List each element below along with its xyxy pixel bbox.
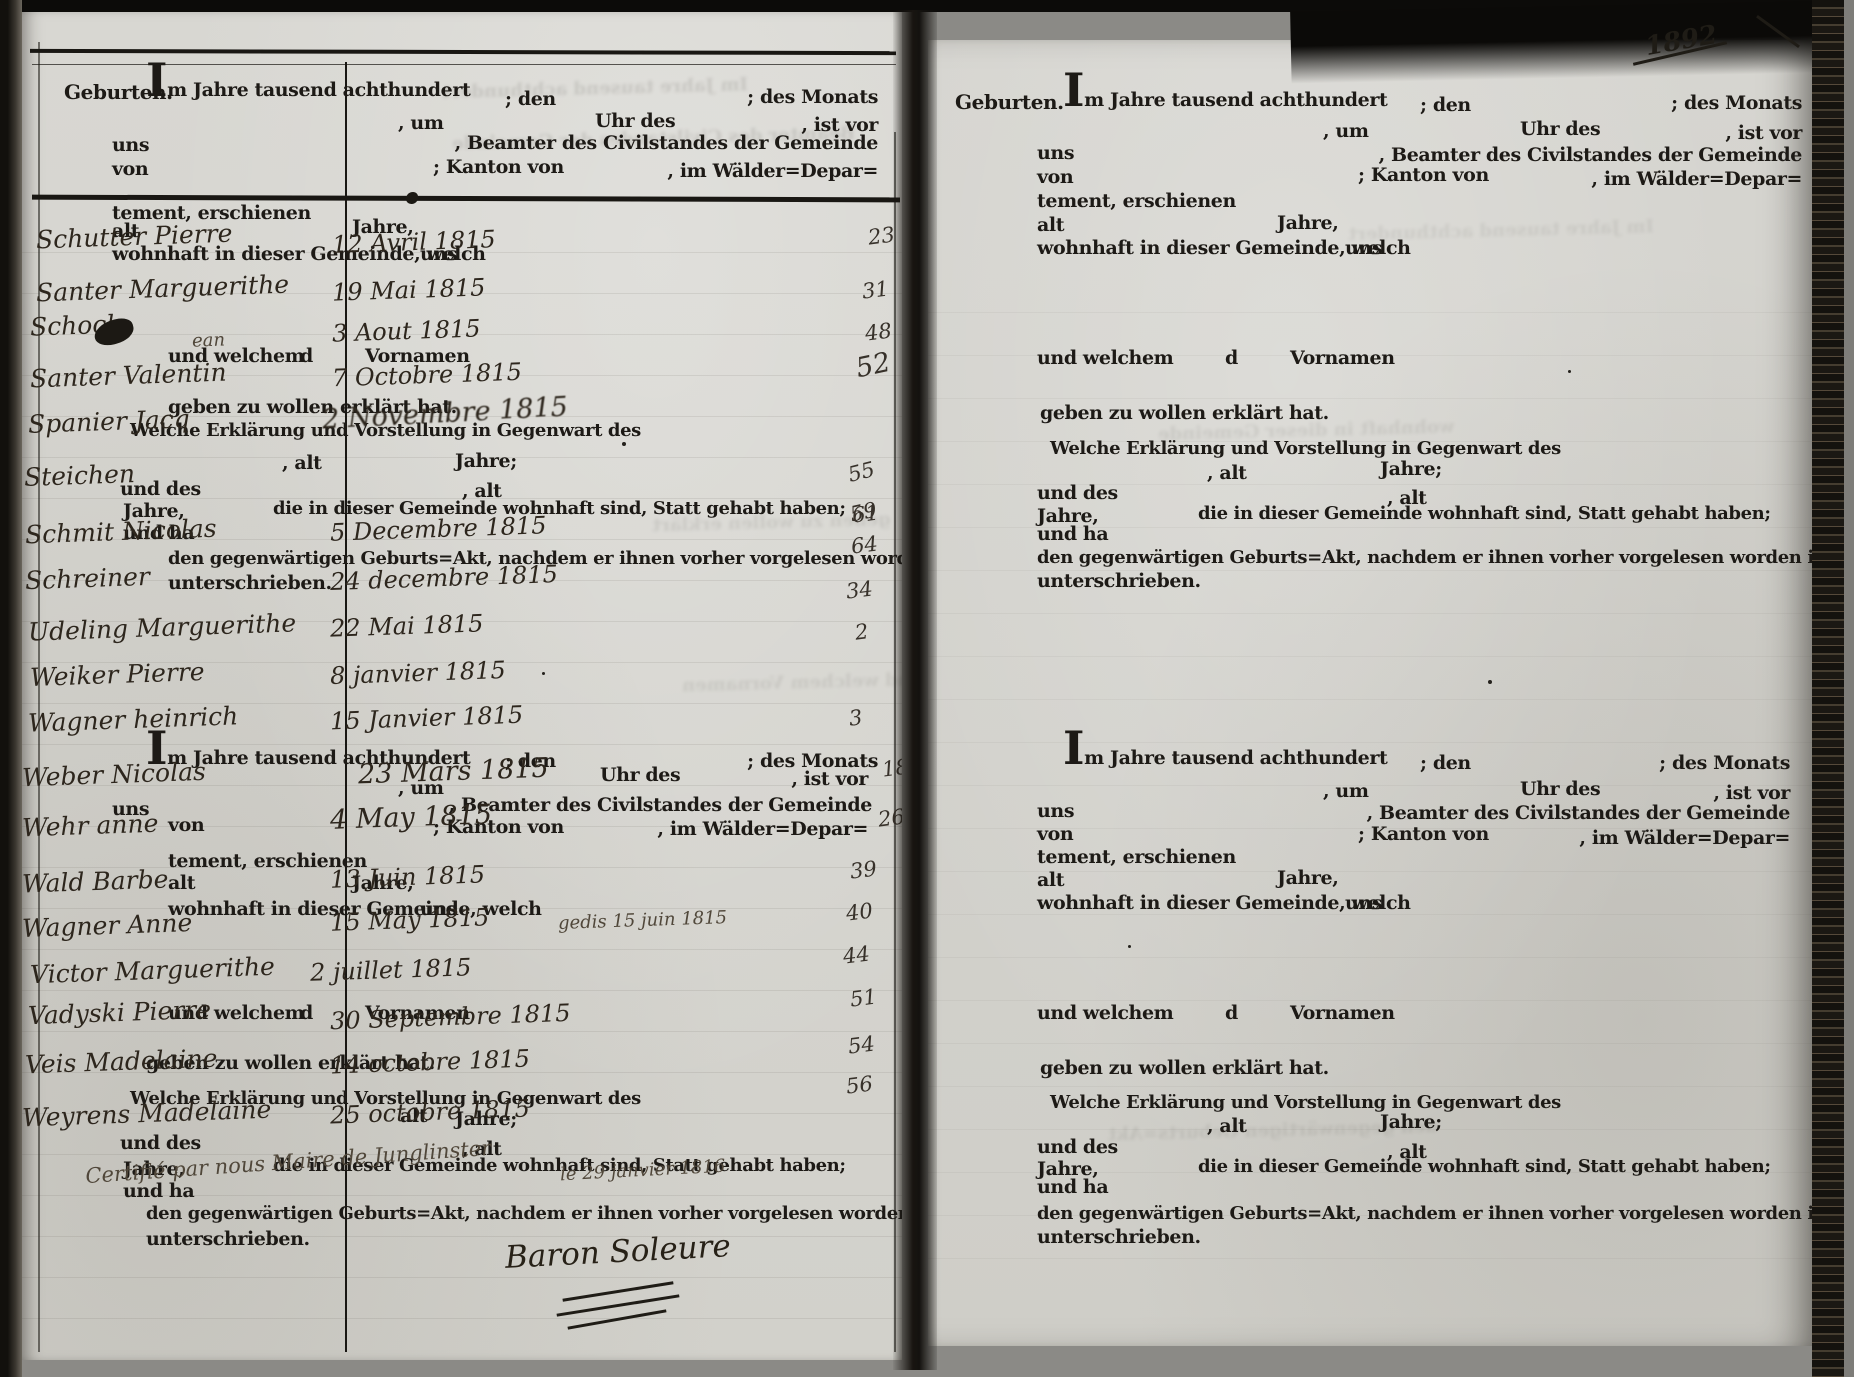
printed-ist-vor-2: , ist vor xyxy=(1713,782,1790,804)
printed-beamter: , Beamter des Civilstandes der Gemeinde xyxy=(455,132,878,154)
printed-d: d xyxy=(300,345,313,367)
entry-number: 64 xyxy=(850,531,879,558)
entry-date: 15 May 1815 xyxy=(330,903,490,937)
entry-name: Spanier Jacq xyxy=(28,404,191,439)
ink-speck xyxy=(1128,945,1131,948)
printed-year-line-2: Im Jahre tausend achthundert xyxy=(1063,738,1387,769)
entry-name: Weiker Pierre xyxy=(30,657,206,692)
entry-number: 56 xyxy=(845,1071,874,1098)
printed-geburtsakt-2: den gegenwärtigen Geburts=Akt, nachdem e… xyxy=(146,1203,902,1224)
printed-unterschrieben: unterschrieben. xyxy=(168,572,332,594)
scan-top-shadow xyxy=(1290,0,1854,84)
printed-uhr-des: Uhr des xyxy=(595,110,675,132)
entry-name: Udeling Marguerithe xyxy=(28,608,297,646)
entry-name: Santer Marguerithe xyxy=(36,270,290,308)
printed-des-monats-2: ; des Monats xyxy=(1659,752,1790,774)
printed-uhr-des-2: Uhr des xyxy=(1520,778,1600,800)
printed-und-welchem-2: und welchem xyxy=(1037,1002,1173,1024)
printed-von: von xyxy=(1037,166,1073,188)
printed-welche: Welche Erklärung und Vorstellung in Gege… xyxy=(1050,438,1561,459)
printed-alt-5: , alt xyxy=(1207,1115,1247,1137)
printed-jahre-4: Jahre, xyxy=(1277,867,1338,889)
ink-speck xyxy=(1568,370,1571,373)
printed-alt-4: alt xyxy=(1037,869,1064,891)
ink-blob-rule xyxy=(406,192,418,204)
printed-geburtsakt-2: den gegenwärtigen Geburts=Akt, nachdem e… xyxy=(1037,1203,1818,1224)
entry-date: 8 janvier 1815 xyxy=(330,656,507,690)
printed-von-2: von xyxy=(168,814,204,836)
printed-des-monats: ; des Monats xyxy=(747,86,878,108)
printed-vornamen: Vornamen xyxy=(1290,347,1395,369)
ink-speck xyxy=(542,672,545,675)
entry-number: 2 xyxy=(854,619,870,644)
printed-geben-2: geben zu wollen erklärt hat. xyxy=(1040,1057,1329,1079)
page-gutter-shadow xyxy=(893,10,937,1370)
printed-um-2: , um xyxy=(1323,780,1369,802)
printed-d-2: d xyxy=(1225,1002,1238,1024)
ghost-text: Im Jahre tausend achthundert xyxy=(442,74,748,103)
scanner-bed-strip xyxy=(1844,0,1854,1377)
printed-jahre-5: Jahre; xyxy=(1380,1111,1442,1133)
printed-kanton-von: ; Kanton von xyxy=(1358,164,1489,186)
entry-name: Schreiner xyxy=(25,562,151,595)
section-title: Geburten. xyxy=(955,90,1064,114)
entry-name: Steichen xyxy=(24,459,136,492)
printed-waelder-depar-2: , im Wälder=Depar= xyxy=(1579,827,1790,849)
entry-number: 55 xyxy=(845,457,877,487)
entry-number: 34 xyxy=(845,576,874,603)
printed-und-ha: und ha xyxy=(1037,523,1108,545)
printed-die-in-dieser: die in dieser Gemeinde wohnhaft sind, St… xyxy=(273,498,846,519)
entry-number: 44 xyxy=(842,941,871,968)
printed-vornamen-2: Vornamen xyxy=(1290,1002,1395,1024)
printed-geburtsakt: den gegenwärtigen Geburts=Akt, nachdem e… xyxy=(1037,547,1818,568)
printed-uns-3: uns xyxy=(1037,800,1074,822)
printed-alt2: , alt xyxy=(1207,462,1247,484)
printed-um: , um xyxy=(1323,120,1369,142)
entry-date: 22 Mai 1815 xyxy=(330,609,484,642)
printed-uns: uns xyxy=(1037,142,1074,164)
entry-annotation: ean xyxy=(192,329,226,351)
entry-date: 13 Juin 1815 xyxy=(330,860,486,893)
printed-des-monats: ; des Monats xyxy=(1671,92,1802,114)
entry-date: 4 May 1815 xyxy=(330,799,493,836)
entry-date: 19 Mai 1815 xyxy=(332,273,486,306)
printed-uns2: uns xyxy=(1345,237,1382,259)
printed-beamter-2: , Beamter des Civilstandes der Gemeinde xyxy=(1367,802,1790,824)
entry-name: Santer Valentin xyxy=(30,358,227,394)
entry-name: Weber Nicolas xyxy=(22,757,206,792)
scan-left-edge xyxy=(0,0,22,1377)
printed-waelder-depar: , im Wälder=Depar= xyxy=(1591,168,1802,190)
printed-unterschrieben-2: unterschrieben. xyxy=(146,1228,310,1250)
entry-annotation: gedis 15 juin 1815 xyxy=(558,907,728,934)
ink-speck xyxy=(622,442,626,446)
entry-date: 2 juillet 1815 xyxy=(310,953,472,987)
right-page: wohnhaft in dieser Gemeinde den gegenwär… xyxy=(928,40,1818,1346)
entry-name: Wagner heinrich xyxy=(28,701,239,737)
entry-name: Victor Marguerithe xyxy=(30,952,276,990)
printed-d-2: d xyxy=(300,1002,313,1024)
entry-date: 7 Octobre 1815 xyxy=(332,358,523,393)
printed-uns-4: uns xyxy=(1345,892,1382,914)
left-page: Im Jahre tausend achthundert Beamter des… xyxy=(22,12,902,1360)
entry-name: Vadyski Pierre xyxy=(28,995,212,1030)
entry-date: 3 Aout 1815 xyxy=(332,314,481,347)
ink-speck xyxy=(1488,680,1492,684)
printed-tement: tement, erschienen xyxy=(1037,190,1236,212)
printed-beamter-2: , Beamter des Civilstandes der Gemeinde xyxy=(449,794,872,816)
entry-date: 12 Avril 1815 xyxy=(332,225,497,259)
entry-number: 40 xyxy=(845,898,874,925)
printed-alt-4: alt xyxy=(168,872,195,894)
printed-den: ; den xyxy=(505,88,556,110)
printed-year-line: Im Jahre tausend achthundert xyxy=(1063,80,1387,111)
printed-alt: alt xyxy=(1037,214,1064,236)
printed-waelder-depar: , im Wälder=Depar= xyxy=(667,160,878,182)
entry-number: 48 xyxy=(864,318,893,345)
printed-waelder-depar-2: , im Wälder=Depar= xyxy=(657,818,868,840)
ghost-text: und welchem Vornamen xyxy=(682,669,902,696)
entry-name: Weyrens Madelaine xyxy=(22,1095,272,1133)
printed-geben: geben zu wollen erklärt hat. xyxy=(1040,402,1329,424)
printed-jahre: Jahre, xyxy=(1277,212,1338,234)
entry-number: 31 xyxy=(861,276,890,303)
printed-jahre2: Jahre; xyxy=(1380,458,1442,480)
signature: Baron Soleure xyxy=(504,1228,731,1276)
entry-date: 23 Mars 1815 xyxy=(358,753,550,791)
entry-date: 15 Janvier 1815 xyxy=(330,701,524,736)
entry-number: 51 xyxy=(849,984,878,1011)
printed-ist-vor-2: , ist vor xyxy=(791,768,868,790)
entry-name: Wehr anne xyxy=(22,809,159,843)
printed-d: d xyxy=(1225,347,1238,369)
scanned-register-spread: Im Jahre tausend achthundert Beamter des… xyxy=(0,0,1854,1377)
printed-und-welchem: und welchem xyxy=(1037,347,1173,369)
printed-von-2: von xyxy=(1037,823,1073,845)
printed-die-in-dieser-2: die in dieser Gemeinde wohnhaft sind, St… xyxy=(1198,1156,1771,1177)
printed-und-ha-2: und ha xyxy=(1037,1176,1108,1198)
printed-und-des-2: und des xyxy=(1037,1136,1118,1158)
entry-number: 39 xyxy=(849,856,878,883)
printed-und-des-2: und des xyxy=(120,1132,201,1154)
printed-alt2: , alt xyxy=(282,452,322,474)
printed-den-2: ; den xyxy=(1420,752,1471,774)
printed-uhr-des: Uhr des xyxy=(1520,118,1600,140)
entry-date: 14 octobre 1815 xyxy=(330,1045,531,1080)
printed-welche-2: Welche Erklärung und Vorstellung in Gege… xyxy=(1050,1092,1561,1113)
printed-ist-vor: , ist vor xyxy=(1725,122,1802,144)
printed-um: , um xyxy=(398,112,444,134)
entry-name: Wagner Anne xyxy=(22,908,193,943)
printed-unterschrieben-2: unterschrieben. xyxy=(1037,1226,1201,1248)
entry-number: 61 xyxy=(851,500,880,527)
printed-unterschrieben: unterschrieben. xyxy=(1037,570,1201,592)
printed-von: von xyxy=(112,158,148,180)
entry-number: 54 xyxy=(847,1031,876,1058)
printed-kanton-von: ; Kanton von xyxy=(433,156,564,178)
printed-jahre2: Jahre; xyxy=(455,450,517,472)
printed-den: ; den xyxy=(1420,94,1471,116)
entry-number: 3 xyxy=(848,705,864,730)
printed-und-des: und des xyxy=(1037,482,1118,504)
entry-name: Wald Barbe xyxy=(22,864,169,898)
printed-kanton-von-2: ; Kanton von xyxy=(1358,823,1489,845)
printed-uhr-des-2: Uhr des xyxy=(600,764,680,786)
printed-uns: uns xyxy=(112,134,149,156)
printed-die-in-dieser: die in dieser Gemeinde wohnhaft sind, St… xyxy=(1198,503,1771,524)
printed-beamter: , Beamter des Civilstandes der Gemeinde xyxy=(1379,144,1802,166)
printed-tement-2: tement, erschienen xyxy=(1037,846,1236,868)
entry-number: 23 xyxy=(867,222,896,249)
printed-year-line: Im Jahre tausend achthundert xyxy=(146,70,470,101)
entry-number: 52 xyxy=(853,347,893,384)
